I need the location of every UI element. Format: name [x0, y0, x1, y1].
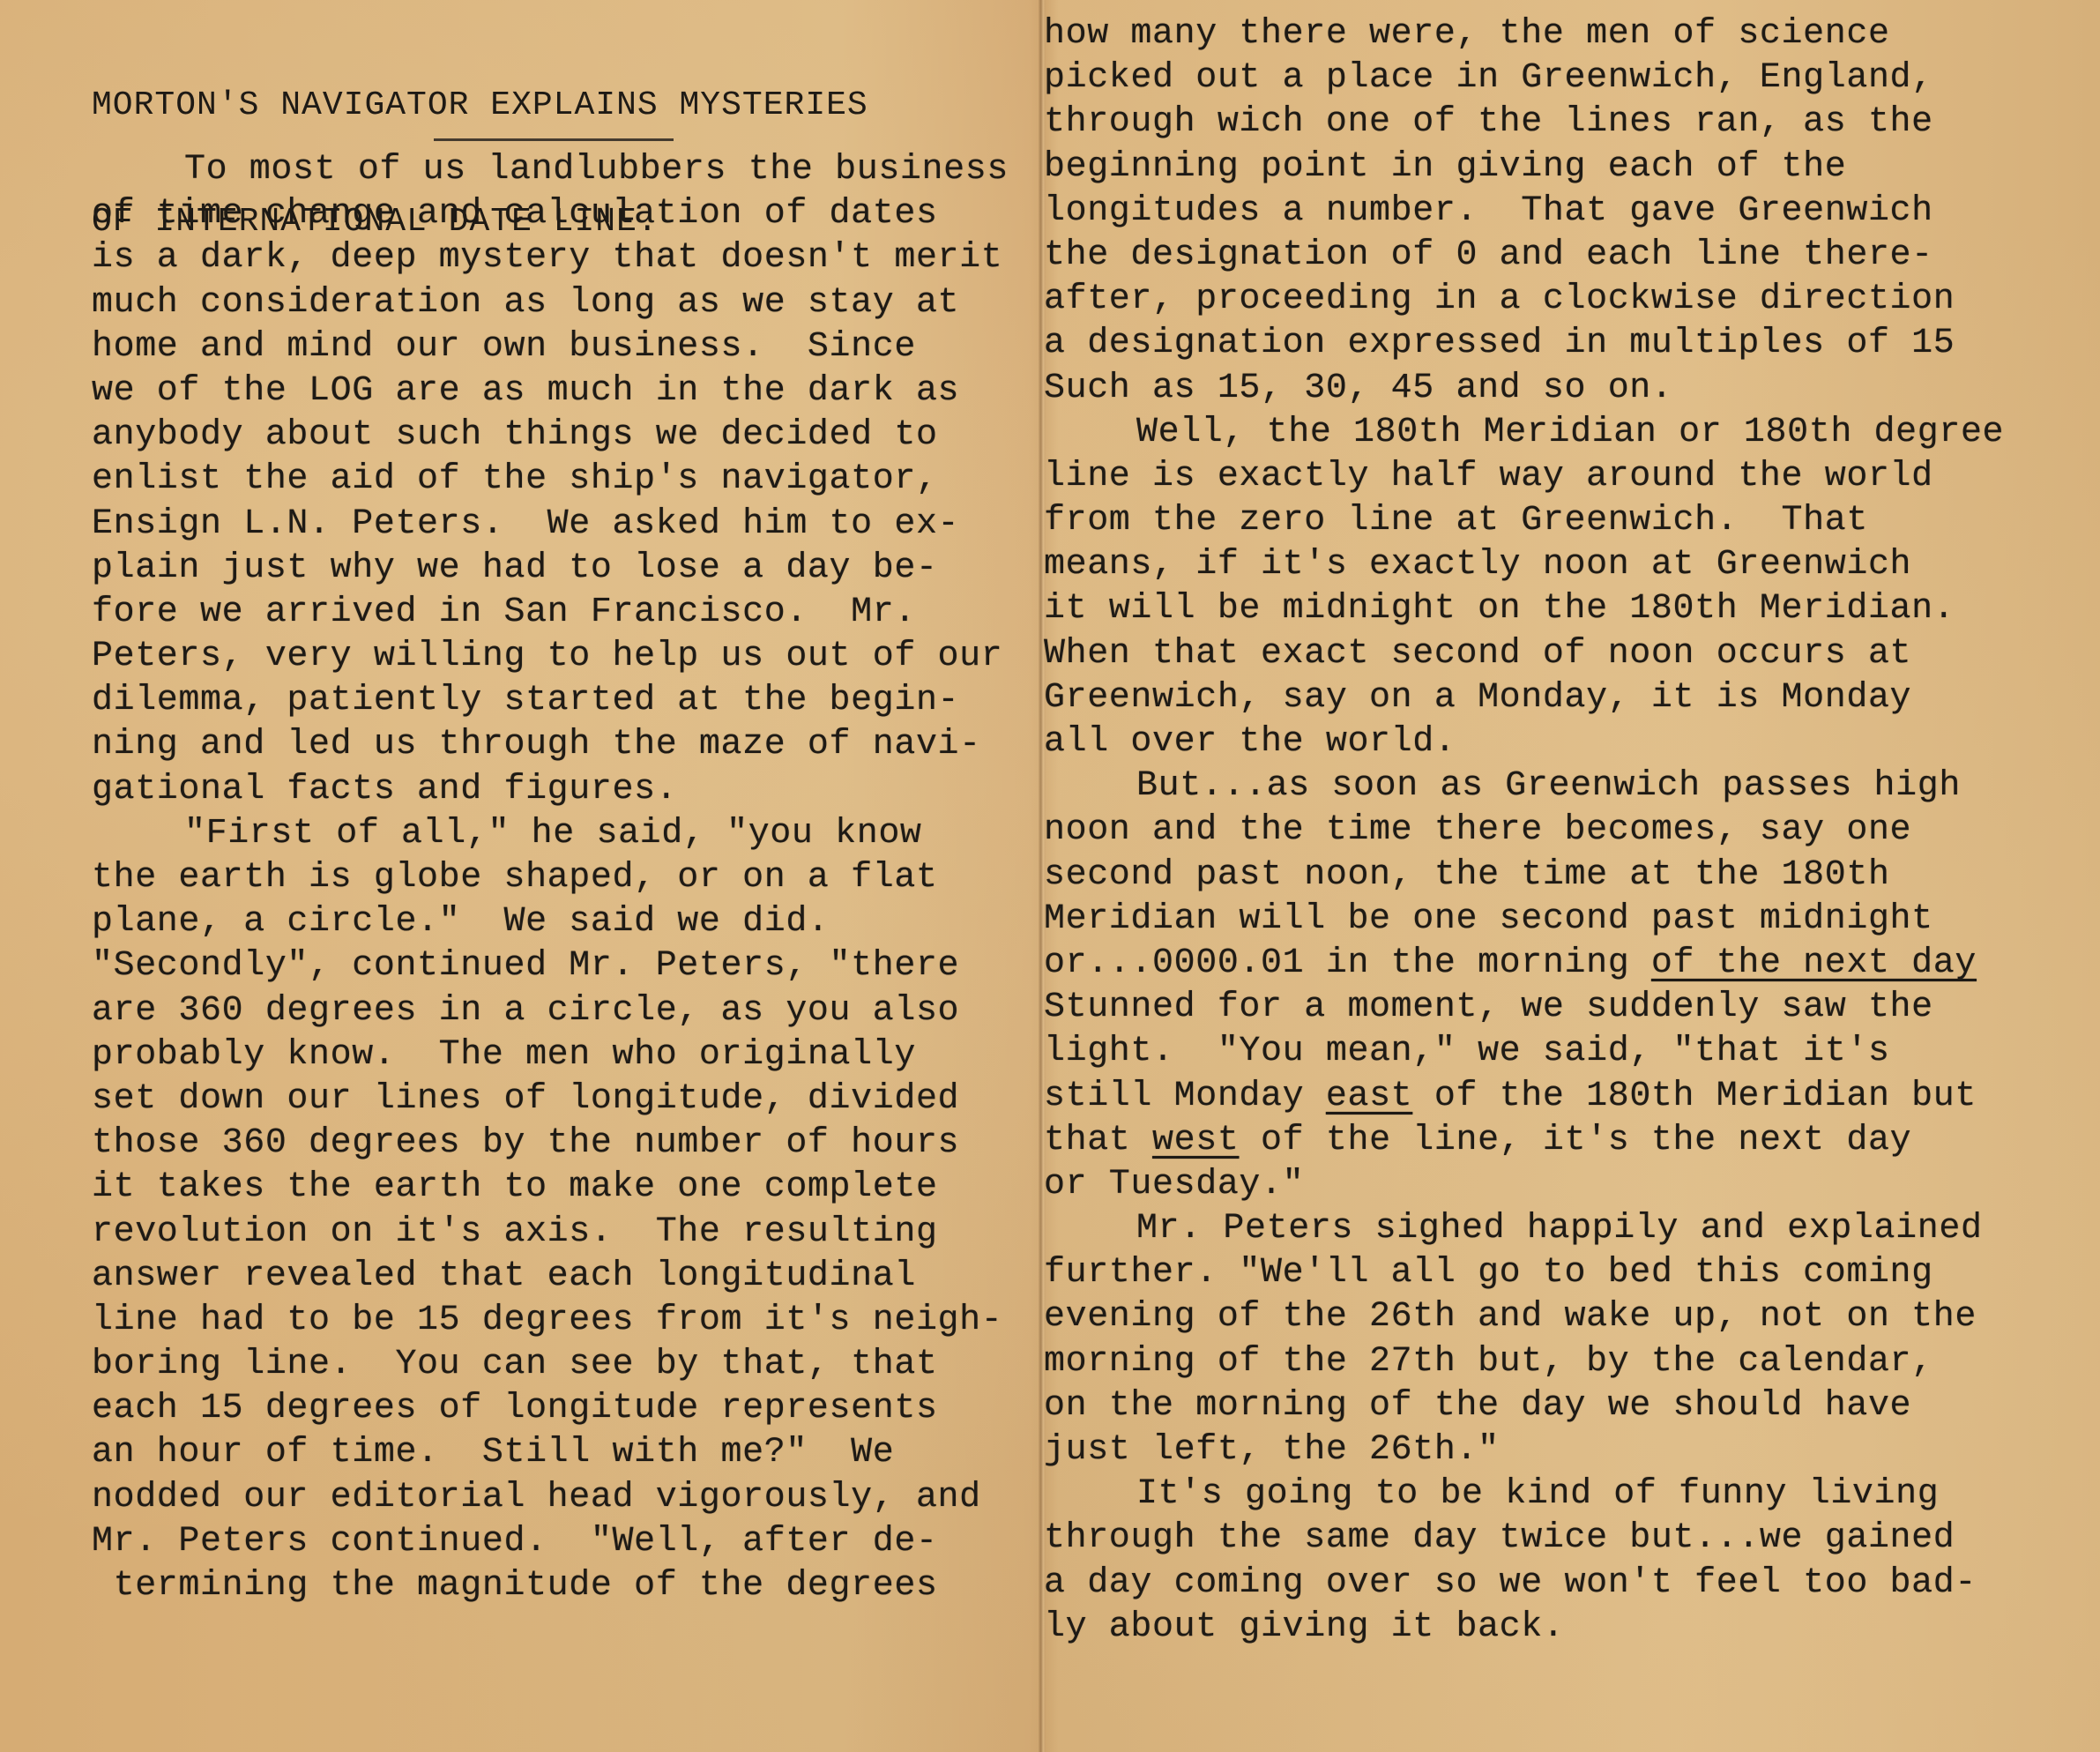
text-line: To most of us landlubbers the business [92, 148, 1009, 192]
text-line: enlist the aid of the ship's navigator, [92, 458, 1009, 502]
text-line: But...as soon as Greenwich passes high [1044, 764, 2004, 809]
text-line: through wich one of the lines ran, as th… [1044, 101, 2004, 145]
text-line: from the zero line at Greenwich. That [1044, 499, 2004, 543]
text-line: means, if it's exactly noon at Greenwich [1044, 543, 2004, 587]
text-line: line had to be 15 degrees from it's neig… [92, 1299, 1009, 1343]
text-line: Well, the 180th Meridian or 180th degree [1044, 411, 2004, 455]
text-line: boring line. You can see by that, that [92, 1343, 1009, 1387]
underlined-emphasis: of the next day [1651, 943, 1977, 983]
text-line: termining the magnitude of the degrees [92, 1564, 1009, 1608]
text-line: Stunned for a moment, we suddenly saw th… [1044, 986, 2004, 1030]
text-line: each 15 degrees of longitude represents [92, 1387, 1009, 1431]
left-column: To most of us landlubbers the businessof… [92, 148, 1009, 1608]
text-line: Greenwich, say on a Monday, it is Monday [1044, 676, 2004, 720]
text-line: ning and led us through the maze of navi… [92, 723, 1009, 767]
text-line: Such as 15, 30, 45 and so on. [1044, 367, 2004, 411]
text-line: how many there were, the men of science [1044, 12, 2004, 56]
text-line: still Monday east of the 180th Meridian … [1044, 1075, 2004, 1119]
text-line: that west of the line, it's the next day [1044, 1119, 2004, 1163]
text-line: beginning point in giving each of the [1044, 145, 2004, 190]
text-line: set down our lines of longitude, divided [92, 1077, 1009, 1122]
headline-line-1: MORTON'S NAVIGATOR EXPLAINS MYSTERIES [92, 86, 868, 125]
text-line: When that exact second of noon occurs at [1044, 632, 2004, 676]
text-segment: of the line, it's the next day [1239, 1121, 1911, 1160]
text-line: those 360 degrees by the number of hours [92, 1122, 1009, 1166]
text-line: noon and the time there becomes, say one [1044, 809, 2004, 853]
text-line: probably know. The men who originally [92, 1033, 1009, 1077]
text-line: Ensign L.N. Peters. We asked him to ex- [92, 503, 1009, 547]
text-line: plane, a circle." We said we did. [92, 900, 1009, 944]
right-column: how many there were, the men of sciencep… [1044, 12, 2004, 1650]
text-line: just left, the 26th." [1044, 1428, 2004, 1472]
text-line: we of the LOG are as much in the dark as [92, 369, 1009, 414]
text-line: "Secondly", continued Mr. Peters, "there [92, 944, 1009, 988]
text-line: "First of all," he said, "you know [92, 812, 1009, 856]
text-line: second past noon, the time at the 180th [1044, 854, 2004, 898]
text-line: are 360 degrees in a circle, as you also [92, 989, 1009, 1033]
text-line: a designation expressed in multiples of … [1044, 322, 2004, 366]
text-line: morning of the 27th but, by the calendar… [1044, 1340, 2004, 1384]
underlined-emphasis: east [1326, 1077, 1412, 1116]
text-line: a day coming over so we won't feel too b… [1044, 1562, 2004, 1606]
text-line: of time change and calculation of dates [92, 192, 1009, 236]
text-line: picked out a place in Greenwich, England… [1044, 56, 2004, 101]
text-line: or Tuesday." [1044, 1163, 2004, 1207]
text-line: further. "We'll all go to bed this comin… [1044, 1251, 2004, 1295]
text-line: nodded our editorial head vigorously, an… [92, 1476, 1009, 1520]
text-line: the earth is globe shaped, or on a flat [92, 856, 1009, 900]
text-line: the designation of 0 and each line there… [1044, 234, 2004, 278]
text-line: it takes the earth to make one complete [92, 1166, 1009, 1210]
text-line: an hour of time. Still with me?" We [92, 1431, 1009, 1475]
text-line: after, proceeding in a clockwise directi… [1044, 278, 2004, 322]
text-line: revolution on it's axis. The resulting [92, 1211, 1009, 1255]
text-line: evening of the 26th and wake up, not on … [1044, 1295, 2004, 1339]
text-line: home and mind our own business. Since [92, 325, 1009, 369]
text-line: Mr. Peters sighed happily and explained [1044, 1207, 2004, 1251]
text-line: or...0000.01 in the morning of the next … [1044, 942, 2004, 986]
text-segment: still Monday [1044, 1077, 1326, 1116]
text-line: longitudes a number. That gave Greenwich [1044, 190, 2004, 234]
text-line: line is exactly half way around the worl… [1044, 455, 2004, 499]
text-line: fore we arrived in San Francisco. Mr. [92, 591, 1009, 635]
text-line: Peters, very willing to help us out of o… [92, 635, 1009, 679]
text-line: light. "You mean," we said, "that it's [1044, 1030, 2004, 1074]
text-line: ly about giving it back. [1044, 1606, 2004, 1650]
text-line: it will be midnight on the 180th Meridia… [1044, 587, 2004, 631]
text-line: Meridian will be one second past midnigh… [1044, 898, 2004, 942]
headline-separator-rule [434, 138, 674, 141]
text-line: is a dark, deep mystery that doesn't mer… [92, 236, 1009, 280]
text-line: on the morning of the day we should have [1044, 1384, 2004, 1428]
text-line: through the same day twice but...we gain… [1044, 1517, 2004, 1561]
text-line: anybody about such things we decided to [92, 414, 1009, 458]
text-line: dilemma, patiently started at the begin- [92, 679, 1009, 723]
text-segment: of the 180th Meridian but [1412, 1077, 1977, 1116]
text-segment: or...0000.01 in the morning [1044, 943, 1651, 983]
text-line: all over the world. [1044, 720, 2004, 764]
text-line: much consideration as long as we stay at [92, 281, 1009, 325]
text-line: It's going to be kind of funny living [1044, 1472, 2004, 1517]
text-line: answer revealed that each longitudinal [92, 1255, 1009, 1299]
text-line: plain just why we had to lose a day be- [92, 547, 1009, 591]
text-line: Mr. Peters continued. "Well, after de- [92, 1520, 1009, 1564]
text-line: gational facts and figures. [92, 768, 1009, 812]
underlined-emphasis: west [1152, 1121, 1239, 1160]
text-segment: that [1044, 1121, 1152, 1160]
